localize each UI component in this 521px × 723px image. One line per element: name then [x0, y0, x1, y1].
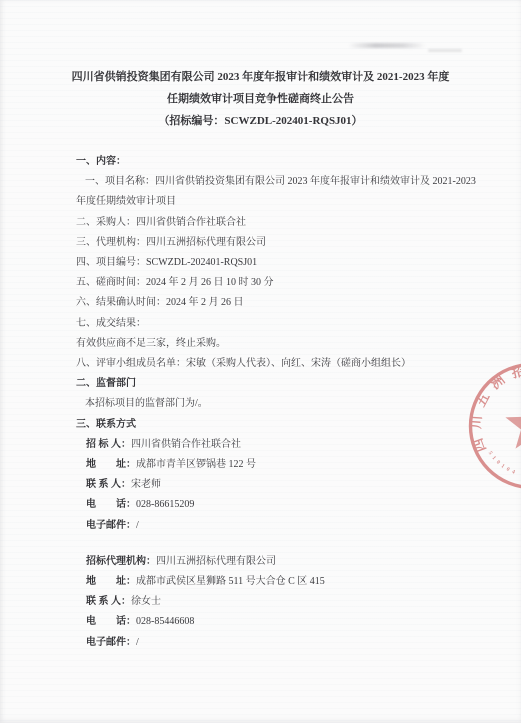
agency-address-value: 成都市武侯区星狮路 511 号大合仓 C 区 415	[136, 576, 325, 587]
title-line-1: 四川省供销投资集团有限公司 2023 年度年报审计和绩效审计及 2021-202…	[40, 66, 481, 88]
bidder-email-value: /	[136, 520, 139, 531]
scan-smudge-small	[428, 49, 462, 52]
bidder-address-value: 成都市青羊区锣锅巷 122 号	[136, 459, 256, 470]
seal-digit: 1	[491, 455, 498, 461]
section-contact-heading: 三、联系方式	[76, 415, 477, 435]
bidder-email-label: 电子邮件：	[86, 520, 136, 531]
document-page: 四川省供销投资集团有限公司 2023 年度年报审计和绩效审计及 2021-202…	[0, 0, 521, 723]
bidder-name-row: 招 标 人：四川省供销合作社联合社	[86, 435, 477, 455]
agency-phone-value: 028-85446608	[136, 616, 194, 627]
agency-name-label: 招标代理机构：	[86, 556, 156, 567]
agency-person-value: 徐女士	[131, 596, 161, 607]
seal-ring	[471, 365, 521, 488]
content-item-negotiation-time: 五、磋商时间：2024 年 2 月 26 日 10 时 30 分	[76, 273, 477, 293]
agency-name-value: 四川五洲招标代理有限公司	[156, 556, 276, 567]
agency-address-row: 地 址：成都市武侯区星狮路 511 号大合仓 C 区 415	[86, 572, 477, 592]
agency-email-value: /	[136, 637, 139, 648]
content-item-review-panel: 八、评审小组成员名单：宋敏（采购人代表）、向红、宋涛（磋商小组组长）	[76, 354, 477, 374]
seal-digit: 0	[495, 459, 501, 465]
scan-smudge	[348, 43, 426, 48]
agency-email-label: 电子邮件：	[86, 637, 136, 648]
bidder-phone-label: 电 话：	[86, 499, 136, 510]
document-title: 四川省供销投资集团有限公司 2023 年度年报审计和绩效审计及 2021-202…	[40, 66, 481, 132]
title-line-2: 任期绩效审计项目竞争性磋商终止公告	[40, 88, 481, 110]
section-supervision-heading: 二、监督部门	[76, 374, 477, 394]
supervision-body: 本招标项目的监督部门为/。	[76, 394, 477, 414]
bidder-name-label: 招 标 人：	[86, 439, 131, 450]
seal-star-icon	[505, 398, 521, 449]
content-item-project-number: 四、项目编号：SCWZDL-202401-RQSJ01	[76, 253, 477, 273]
agency-phone-label: 电 话：	[86, 616, 136, 627]
seal-digit: 1	[500, 463, 506, 470]
agency-email-row: 电子邮件：/	[86, 633, 477, 653]
bidder-person-row: 联 系 人：宋老师	[86, 475, 477, 495]
seal-arc-char: 招	[509, 362, 521, 381]
content-item-agency: 三、代理机构：四川五洲招标代理有限公司	[76, 233, 477, 253]
content-item-result-confirm-time: 六、结果确认时间：2024 年 2 月 26 日	[76, 293, 477, 313]
content-item-purchaser: 二、采购人：四川省供销合作社联合社	[76, 213, 477, 233]
content-item-project-name-line1: 一、项目名称：四川省供销投资集团有限公司 2023 年度年报审计和绩效审计及 2…	[76, 172, 477, 192]
bidder-person-value: 宋老师	[131, 479, 161, 490]
agency-address-label: 地 址：	[86, 576, 136, 587]
content-item-project-name-line2: 年度任期绩效审计项目	[76, 192, 477, 212]
section-content-heading: 一、内容：	[76, 152, 477, 172]
agency-phone-row: 电 话：028-85446608	[86, 612, 477, 632]
bidder-address-row: 地 址：成都市青羊区锣锅巷 122 号	[86, 455, 477, 475]
bidder-phone-row: 电 话：028-86615209	[86, 495, 477, 515]
seal-arc-char: 洲	[488, 372, 508, 392]
seal-digit: 0	[505, 466, 511, 473]
bidder-email-row: 电子邮件：/	[86, 516, 477, 536]
document-body: 一、内容： 一、项目名称：四川省供销投资集团有限公司 2023 年度年报审计和绩…	[76, 152, 477, 653]
seal-digit: 4	[511, 469, 516, 476]
bidder-address-label: 地 址：	[86, 459, 136, 470]
agency-person-label: 联 系 人：	[86, 596, 131, 607]
bidder-phone-value: 028-86615209	[136, 499, 194, 510]
bidder-name-value: 四川省供销合作社联合社	[131, 439, 241, 450]
agency-person-row: 联 系 人：徐女士	[86, 592, 477, 612]
bidder-person-label: 联 系 人：	[86, 479, 131, 490]
content-item-deal-result-detail: 有效供应商不足三家，终止采购。	[76, 334, 477, 354]
seal-digit: 5	[487, 450, 494, 456]
content-item-deal-result: 七、成交结果：	[76, 314, 477, 334]
bidder-contact-block: 招 标 人：四川省供销合作社联合社 地 址：成都市青羊区锣锅巷 122 号 联 …	[86, 435, 477, 653]
title-line-3: （招标编号：SCWZDL-202401-RQSJ01）	[40, 110, 481, 132]
agency-name-row: 招标代理机构：四川五洲招标代理有限公司	[86, 552, 477, 572]
block-gap	[86, 536, 477, 552]
